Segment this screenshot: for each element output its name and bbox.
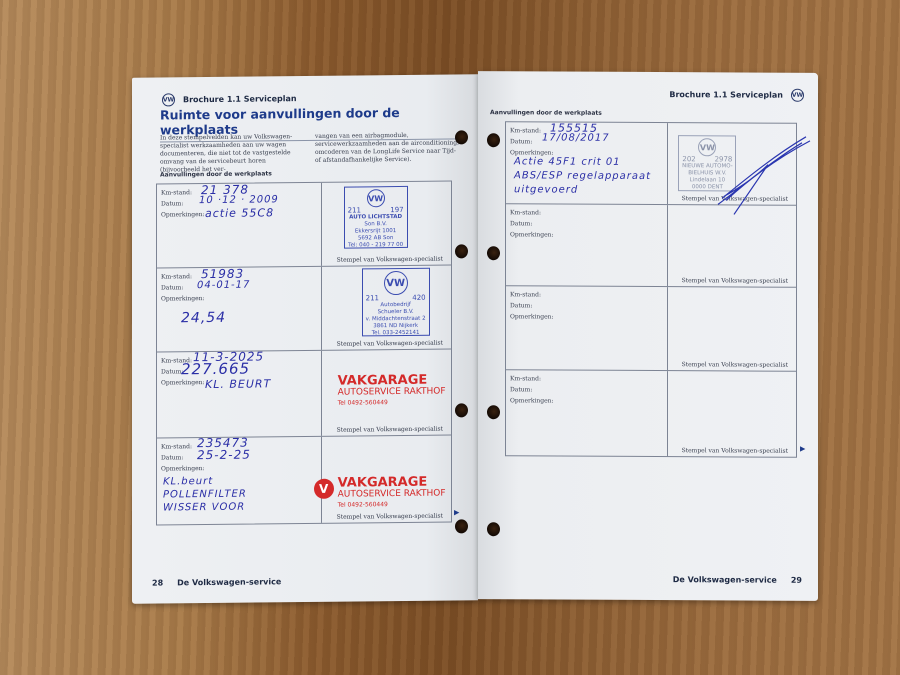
brochure-title: Brochure 1.1 Serviceplan xyxy=(183,94,297,104)
section-label: Aanvullingen door de werkplaats xyxy=(490,109,602,117)
page-number: 29 xyxy=(791,576,802,585)
opmerkingen-value: 24,54 xyxy=(181,310,226,326)
stamp-line: Tel. 033-2452141 xyxy=(363,330,429,338)
binder-hole xyxy=(487,405,500,419)
opmerkingen-label: Opmerkingen: xyxy=(161,292,317,305)
opmerkingen-line-1: KL.beurt xyxy=(163,476,213,488)
binder-hole xyxy=(455,130,468,144)
stamp-right-number: 420 xyxy=(412,295,425,302)
stamp-caption: Stempel van Volkswagen-specialist xyxy=(682,277,788,285)
datum-value: 10 ·12 · 2009 xyxy=(199,194,279,206)
stamp-left-number: 202 xyxy=(682,156,695,163)
entry-details: Km-stand: Datum: Opmerkingen: 155515 17/… xyxy=(506,122,668,204)
service-entry: Km-stand: Datum: Opmerkingen: 11-3-2025 … xyxy=(157,349,451,438)
binder-hole xyxy=(455,403,468,417)
opmerkingen-value: actie 55C8 xyxy=(205,206,274,220)
page-header: Brochure 1.1 Serviceplan VW xyxy=(669,88,804,102)
binder-hole xyxy=(455,519,468,533)
stamp-caption: Stempel van Volkswagen-specialist xyxy=(337,426,443,434)
stamp-area: VW 211197 AUTO LICHTSTAD Son B.V. Ekkers… xyxy=(322,181,451,265)
entry-details: Km-stand: Datum: Opmerkingen: 21 378 10 … xyxy=(157,183,322,268)
page-footer: 28 De Volkswagen-service xyxy=(152,577,281,587)
continue-arrow-icon: ▶ xyxy=(454,508,459,516)
continue-arrow-icon: ▶ xyxy=(800,445,805,453)
binder-hole xyxy=(487,133,500,147)
opmerkingen-line-1: Actie 45F1 crit 01 xyxy=(514,156,621,168)
service-entry: Km-stand: Datum: Opmerkingen: Stempel va… xyxy=(506,286,796,372)
datum-label: Datum: xyxy=(510,384,663,396)
vw-logo-icon: VW xyxy=(384,271,408,295)
vakgarage-stamp: VAKGARAGE AUTOSERVICE RAKTHOF Tel 0492-5… xyxy=(338,374,446,408)
opmerkingen-label: Opmerkingen: xyxy=(510,229,663,241)
opmerkingen-line-2: ABS/ESP regelapparaat xyxy=(514,170,651,182)
opmerkingen-line-2: POLLENFILTER xyxy=(163,489,247,501)
footer-text: De Volkswagen-service xyxy=(177,577,281,587)
vw-logo-icon: VW xyxy=(162,93,175,106)
footer-text: De Volkswagen-service xyxy=(673,575,777,585)
service-entry: Km-stand: Datum: Opmerkingen: 235473 25-… xyxy=(157,435,451,524)
opmerkingen-value: KL. BEURT xyxy=(205,377,271,391)
datum-value: 25-2-25 xyxy=(197,448,251,463)
vw-logo-icon: VW xyxy=(367,189,385,207)
intro-column-1: In deze stempelvelden kan uw Volkswagen-… xyxy=(160,133,305,175)
opmerkingen-line-3: uitgevoerd xyxy=(514,184,578,195)
entry-details: Km-stand: Datum: Opmerkingen: xyxy=(506,370,668,456)
binder-hole xyxy=(487,246,500,260)
datum-label: Datum: xyxy=(510,300,663,312)
km-label: Km-stand: xyxy=(510,289,663,301)
binder-hole xyxy=(487,522,500,536)
opmerkingen-label: Opmerkingen: xyxy=(510,311,663,323)
entry-details: Km-stand: Datum: Opmerkingen: xyxy=(506,286,668,370)
garage-name: VAKGARAGE xyxy=(338,476,446,490)
entry-details: Km-stand: Datum: Opmerkingen: 11-3-2025 … xyxy=(157,351,322,438)
km-label: Km-stand: xyxy=(510,373,663,385)
entry-details: Km-stand: Datum: Opmerkingen: xyxy=(506,204,668,286)
garage-phone: Tel 0492-560449 xyxy=(338,500,446,510)
garage-subtitle: AUTOSERVICE RAKTHOF xyxy=(338,387,446,399)
stamp-area: Stempel van Volkswagen-specialist xyxy=(668,287,796,371)
section-label: Aanvullingen door de werkplaats xyxy=(160,170,272,178)
intro-text: In deze stempelvelden kan uw Volkswagen-… xyxy=(160,131,460,174)
left-page: VW Brochure 1.1 Serviceplan Ruimte voor … xyxy=(132,74,478,604)
garage-name: VAKGARAGE xyxy=(338,374,446,388)
stamp-caption: Stempel van Volkswagen-specialist xyxy=(337,256,443,264)
vakgarage-logo-icon: V xyxy=(314,479,334,499)
brochure-title: Brochure 1.1 Serviceplan xyxy=(669,90,783,100)
entry-details: Km-stand: Datum: Opmerkingen: 51983 04-0… xyxy=(157,267,322,352)
garage-phone: Tel 0492-560449 xyxy=(338,398,446,408)
stamp-area: VAKGARAGE AUTOSERVICE RAKTHOF Tel 0492-5… xyxy=(322,349,451,435)
service-entries-grid: Km-stand: Datum: Opmerkingen: 21 378 10 … xyxy=(156,180,452,525)
right-page: Brochure 1.1 Serviceplan VW Aanvullingen… xyxy=(478,71,818,601)
stamp-area: VW 211420 Autobedrijf Schueler B.V. v. M… xyxy=(322,265,451,349)
datum-value: 04-01-17 xyxy=(197,280,250,292)
stamp-line: Tel: 040 - 219 77 00 xyxy=(345,242,407,250)
stamp-caption: Stempel van Volkswagen-specialist xyxy=(682,361,788,369)
datum-value: 227.665 xyxy=(181,360,250,379)
service-entry: Km-stand: Datum: Opmerkingen: Stempel va… xyxy=(506,370,796,457)
km-label: Km-stand: xyxy=(510,207,663,219)
vakgarage-stamp: VAKGARAGE AUTOSERVICE RAKTHOF Tel 0492-5… xyxy=(338,476,446,510)
stamp-area: V VAKGARAGE AUTOSERVICE RAKTHOF Tel 0492… xyxy=(322,435,451,522)
stamp-caption: Stempel van Volkswagen-specialist xyxy=(337,513,443,521)
opmerkingen-label: Opmerkingen: xyxy=(161,462,317,475)
page-number: 28 xyxy=(152,578,163,587)
stamp-caption: Stempel van Volkswagen-specialist xyxy=(682,447,788,455)
opmerkingen-line-3: WISSER VOOR xyxy=(163,502,245,514)
vw-logo-icon: VW xyxy=(791,89,804,102)
signature-scribble xyxy=(714,130,814,221)
service-entry: Km-stand: Datum: Opmerkingen: 51983 04-0… xyxy=(157,265,451,352)
binder-hole xyxy=(455,244,468,258)
opmerkingen-label: Opmerkingen: xyxy=(510,395,663,407)
datum-label: Datum: xyxy=(510,218,663,230)
datum-value: 17/08/2017 xyxy=(542,132,610,143)
dealer-stamp: VW 211420 Autobedrijf Schueler B.V. v. M… xyxy=(362,268,430,337)
garage-subtitle: AUTOSERVICE RAKTHOF xyxy=(338,489,446,501)
stamp-left-number: 211 xyxy=(366,295,379,302)
entry-details: Km-stand: Datum: Opmerkingen: 235473 25-… xyxy=(157,437,322,525)
stamp-caption: Stempel van Volkswagen-specialist xyxy=(337,340,443,348)
service-entry: Km-stand: Datum: Opmerkingen: 21 378 10 … xyxy=(157,181,451,268)
page-footer: De Volkswagen-service 29 xyxy=(673,575,802,585)
dealer-stamp: VW 211197 AUTO LICHTSTAD Son B.V. Ekkers… xyxy=(344,186,408,249)
intro-column-2: vangen van een airbagmodule, servicewerk… xyxy=(315,131,460,173)
stamp-area: Stempel van Volkswagen-specialist xyxy=(668,371,796,457)
page-header: VW Brochure 1.1 Serviceplan xyxy=(162,92,297,106)
